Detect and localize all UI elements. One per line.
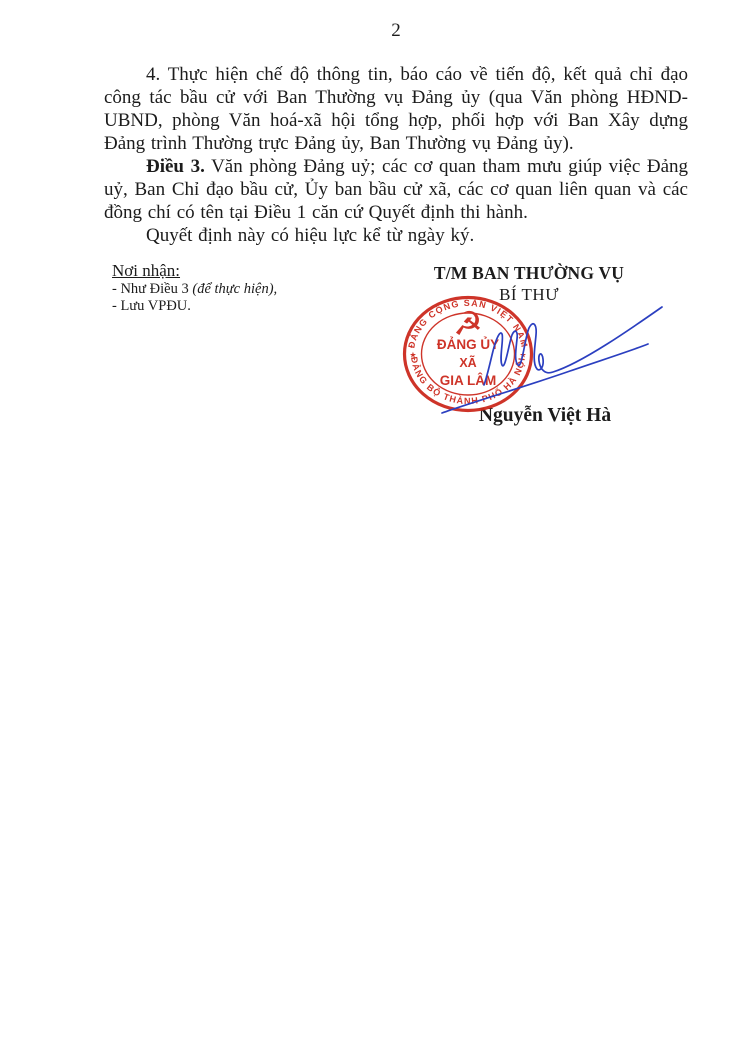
handwritten-signature [440, 301, 670, 421]
article-3-label: Điều 3. [146, 156, 205, 177]
authority-line: T/M BAN THƯỜNG VỤ [374, 263, 684, 284]
document-content: 2 4. Thực hiện chế độ thông tin, báo cáo… [104, 0, 688, 479]
paragraph-effective-date: Quyết định này có hiệu lực kể từ ngày ký… [104, 224, 688, 247]
stamp-star-left-icon: ★ [409, 351, 416, 360]
signature-area: Nơi nhận: - Như Điều 3 (để thực hiện), -… [104, 259, 688, 479]
signature-stroke-underline [442, 344, 648, 413]
page-number: 2 [104, 0, 688, 42]
recipient-item: - Như Điều 3 (để thực hiện), [112, 281, 277, 298]
recipients-heading: Nơi nhận: [112, 261, 277, 281]
recipient-item: - Lưu VPĐU. [112, 298, 277, 315]
paragraph-item-4: 4. Thực hiện chế độ thông tin, báo cáo v… [104, 63, 688, 155]
document-page: 2 4. Thực hiện chế độ thông tin, báo cáo… [0, 0, 740, 1046]
recipients-block: Nơi nhận: - Như Điều 3 (để thực hiện), -… [112, 261, 277, 315]
recipient-item-note: (để thực hiện), [192, 281, 277, 297]
signature-stroke-main [484, 307, 662, 385]
paragraph-article-3: Điều 3. Văn phòng Đảng uỷ; các cơ quan t… [104, 155, 688, 224]
recipient-item-text: - Như Điều 3 [112, 281, 192, 297]
